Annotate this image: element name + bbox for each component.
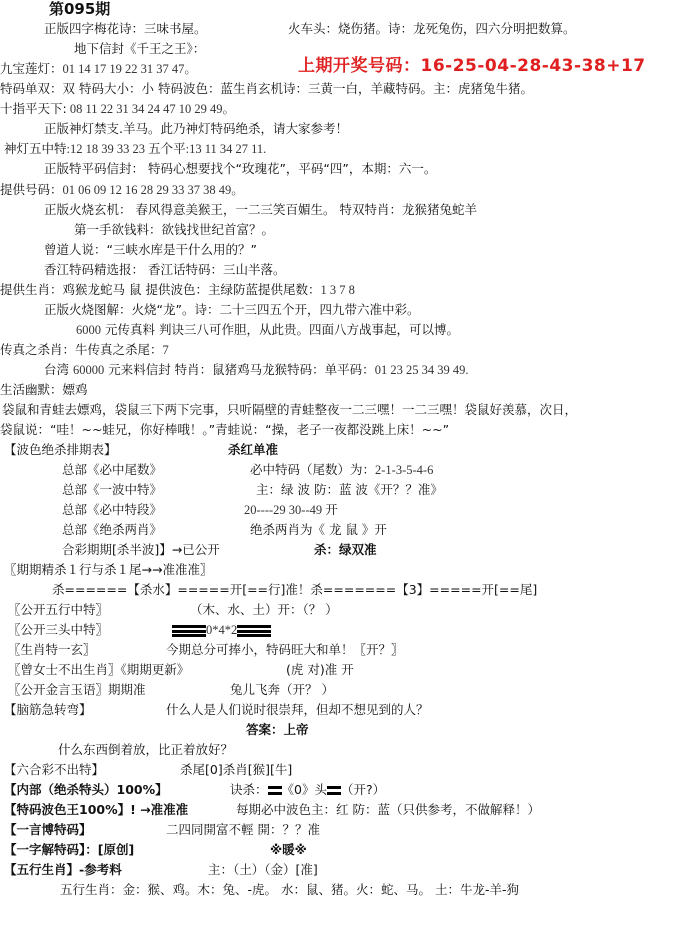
kill-row-detail: 杀======【杀水】=====开[==行]准！杀=======【3】=====… — [52, 581, 537, 599]
fax-material: 6000 元传真料 判诀三八可作胆，从此贵。四面八方战事起，可以博。 — [76, 321, 459, 339]
block-bars-icon — [327, 786, 341, 796]
wave-table-title: 【波色绝杀排期表】 — [4, 441, 117, 459]
three-heads-value: 0*4*2 — [172, 621, 271, 639]
wave-row-label: 总部《一波中特》 — [62, 481, 162, 499]
special-attributes: 特码单双：双 特码大小：小 特码波色：蓝生肖玄机诗：三黄一白，羊藏特码。主：虎猪… — [0, 80, 533, 98]
wave-row-value: 主：绿 波 防：蓝 波《开？？准》 — [256, 481, 443, 499]
wave-row-text: 必中特码（尾数）为： — [250, 462, 375, 477]
provided-zodiac-label: 提供生肖：鸡猴龙蛇马 鼠 提供波色：主绿防蓝提供尾数： — [0, 282, 320, 297]
internal-kill-value: 诀杀：《0》头（开?） — [230, 781, 385, 799]
internal-kill-label: 【内部（绝杀特头）100%】 — [4, 781, 168, 799]
five-flat-numbers: :13 11 34 27 11. — [186, 142, 267, 156]
internal-kill-prefix: 诀杀： — [230, 782, 268, 797]
ms-zeng-label: 〖曾女士不出生肖〗《期期更新》 — [8, 661, 189, 679]
wave-row-value: 20----29 30--49 开 — [244, 501, 338, 519]
fax-kill-label: 传真之杀肖：牛传真之杀尾： — [0, 342, 163, 357]
provided-tail-numbers: 1 3 7 8 — [320, 283, 354, 297]
riddle-question-2: 什么东西倒着放，比正着放好？ — [58, 741, 233, 759]
humor-line-1: 袋鼠和青蛙去嫖鸡，袋鼠三下两下完事，只听隔壁的青蛙整夜一二三嘿！一二三嘿！袋鼠好… — [2, 401, 577, 419]
train-head: 火车头：烧伤猪。诗：龙死兔伤，四六分明把数算。 — [288, 20, 576, 38]
wave-row-value: 绝杀两肖为《 龙 鼠 》开 — [250, 521, 387, 539]
internal-kill-head: 《0》头 — [282, 782, 327, 797]
zeng-daoren-says: 曾道人说：“三峡水库是干什么用的？” — [44, 241, 257, 259]
god-lamp-label: 神灯五中特 — [4, 141, 67, 156]
zodiac-mystery-value: 今期总分可捧小，特码旺大和单！〖开？〗 — [166, 641, 404, 659]
five-elements-value: （木、水、土）开：（？ ） — [190, 601, 338, 619]
zodiac-mystery-label: 〖生肖特一玄〗 — [8, 641, 96, 659]
wave-king-label: 【特码波色王100%】! →准准准 — [4, 801, 188, 819]
wave-footer-left: 合彩期期[杀半波]】→已公开 — [62, 541, 220, 559]
ten-fingers-numbers: 08 11 22 31 34 24 47 10 29 49。 — [67, 102, 235, 116]
kill-row-title: 〖期期精杀１行与杀１尾→→准准准〗 — [4, 561, 212, 579]
humor-line-2: 袋鼠说：“哇！~~蛙兄，你好棒哦！。”青蛙说：“操，老子一夜都没跳上床！~~” — [0, 421, 449, 439]
flat-code-envelope: 正版特平码信封： 特码心想要找个“玫瑰花”，平码“四”，本期：六一。 — [44, 160, 436, 178]
three-heads-label: 〖公开三头中特〗 — [8, 621, 108, 639]
provided-numbers-values: 01 06 09 12 16 28 29 33 37 38 49。 — [63, 183, 244, 197]
taiwan-envelope: 台湾 60000 元来料信封 特肖：鼠猪鸡马龙猴特码：单平码：01 23 25 … — [44, 361, 468, 379]
one-char-value: ※暖※ — [270, 841, 307, 859]
taiwan-amount: 60000 — [73, 363, 104, 377]
golden-words-label: 〖公开金言玉语〗期期准 — [8, 681, 146, 699]
wave-row-numbers: 2-1-3-5-4-6 — [375, 463, 433, 477]
wave-row-suffix: 开 — [325, 502, 338, 517]
taiwan-label: 台湾 — [44, 362, 73, 377]
three-heads-numbers: 0*4*2 — [206, 623, 237, 637]
wave-king-value: 每期必中波色主：红 防：蓝（只供参考，不做解释！） — [236, 801, 540, 819]
wave-row-numbers: 20----29 30--49 — [244, 503, 325, 517]
wave-row-value: 必中特码（尾数）为：2-1-3-5-4-6 — [250, 461, 433, 479]
last-draw: 上期开奖号码：16-25-04-28-43-38+17 — [298, 57, 646, 75]
not-out-label: 【六合彩不出特】 — [4, 761, 104, 779]
fax-amount: 6000 — [76, 323, 101, 337]
plum-poem: 正版四字梅花诗：三味书屋。 — [44, 20, 207, 38]
internal-kill-suffix: （开?） — [341, 782, 385, 797]
god-lamp-text: 正版神灯禁支.羊马。此乃神灯特码绝杀，请大家参考！ — [44, 120, 348, 138]
riddle-label: 【脑筋急转弯】 — [4, 701, 92, 719]
taiwan-numbers: 01 23 25 34 39 49. — [375, 363, 469, 377]
five-element-zodiac-label: 【五行生肖】-参考料 — [4, 861, 122, 879]
nine-lantern: 九宝莲灯：01 14 17 19 22 31 37 47。 — [0, 60, 197, 78]
wave-row-label: 总部《必中尾数》 — [62, 461, 162, 479]
five-element-zodiac-list: 五行生肖：金：猴、鸡。木：兔、-虎。 水：鼠、猪。火：蛇、马。 土：牛龙-羊-狗 — [60, 881, 519, 899]
last-draw-label: 上期开奖号码： — [298, 56, 421, 76]
ms-zeng-value: (虎 对)准 开 — [286, 661, 354, 679]
one-word-value: 二四同開富不輕 開：？？准 — [166, 821, 320, 839]
fax-text: 元传真料 判诀三八可作胆，从此贵。四面八方战事起，可以博。 — [101, 322, 459, 337]
golden-words-value: 兔儿飞奔（开？ ） — [230, 681, 334, 699]
riddle-question: 什么人是人们说时很崇拜，但却不想见到的人？ — [166, 701, 429, 719]
block-bars-icon — [172, 625, 206, 637]
five-flat-label: 五个平 — [148, 141, 186, 156]
fire-mystery: 正版火烧玄机： 春风得意美猴王，一二三笑百媚生。 特双特肖：龙猴猪兔蛇羊 — [44, 201, 477, 219]
riddle-answer: 答案：上帝 — [246, 721, 309, 739]
wave-row-label: 总部《必中特段》 — [62, 501, 162, 519]
god-lamp-five: 神灯五中特:12 18 39 33 23 五个平:13 11 34 27 11. — [4, 140, 266, 158]
wave-row-label: 总部《绝杀两肖》 — [62, 521, 162, 539]
block-bars-icon — [237, 625, 271, 637]
secret-envelope: 地下信封《千王之王》： — [74, 40, 205, 58]
ten-fingers-label: 十指平天下: — [0, 101, 67, 116]
god-lamp-numbers: :12 18 39 33 23 — [67, 142, 149, 156]
fire-diagram: 正版火烧图解：火烧“龙”。诗：二十三四五个开，四九带六准中彩。 — [44, 301, 419, 319]
last-draw-numbers: 16-25-04-28-43-38+17 — [421, 56, 646, 76]
ten-fingers: 十指平天下: 08 11 22 31 34 24 47 10 29 49。 — [0, 100, 235, 118]
provided-zodiac: 提供生肖：鸡猴龙蛇马 鼠 提供波色：主绿防蓝提供尾数：1 3 7 8 — [0, 281, 355, 299]
five-element-zodiac-value: 主：（土）（金）[准] — [208, 861, 318, 879]
block-bars-icon — [268, 786, 282, 796]
provided-numbers: 提供号码：01 06 09 12 16 28 29 33 37 38 49。 — [0, 181, 244, 199]
wave-footer-right: 杀：绿双准 — [314, 541, 377, 559]
humor-title: 生活幽默：嫖鸡 — [0, 381, 88, 399]
not-out-value: 杀尾[0]杀肖[猴][牛] — [180, 761, 292, 779]
wave-table-title-right: 杀红单准 — [228, 441, 278, 459]
issue-title: 第095期 — [49, 0, 110, 18]
first-hand-material: 第一手欲钱料：欲钱找世纪首富？。 — [74, 221, 274, 239]
provided-numbers-label: 提供号码： — [0, 182, 63, 197]
taiwan-text: 元来料信封 特肖：鼠猪鸡马龙猴特码：单平码： — [104, 362, 374, 377]
fax-kill-tail: 7 — [163, 343, 169, 357]
fax-kill: 传真之杀肖：牛传真之杀尾：7 — [0, 341, 169, 359]
five-elements-label: 〖公开五行中特〗 — [8, 601, 108, 619]
nine-lantern-label: 九宝莲灯： — [0, 61, 63, 76]
one-char-label: 【一字解特码】：[原创] — [4, 841, 134, 859]
hongkong-paper: 香江特码精选报： 香江话特码：三山半落。 — [44, 261, 285, 279]
nine-lantern-numbers: 01 14 17 19 22 31 37 47。 — [63, 62, 197, 76]
one-word-label: 【一言博特码】 — [4, 821, 92, 839]
